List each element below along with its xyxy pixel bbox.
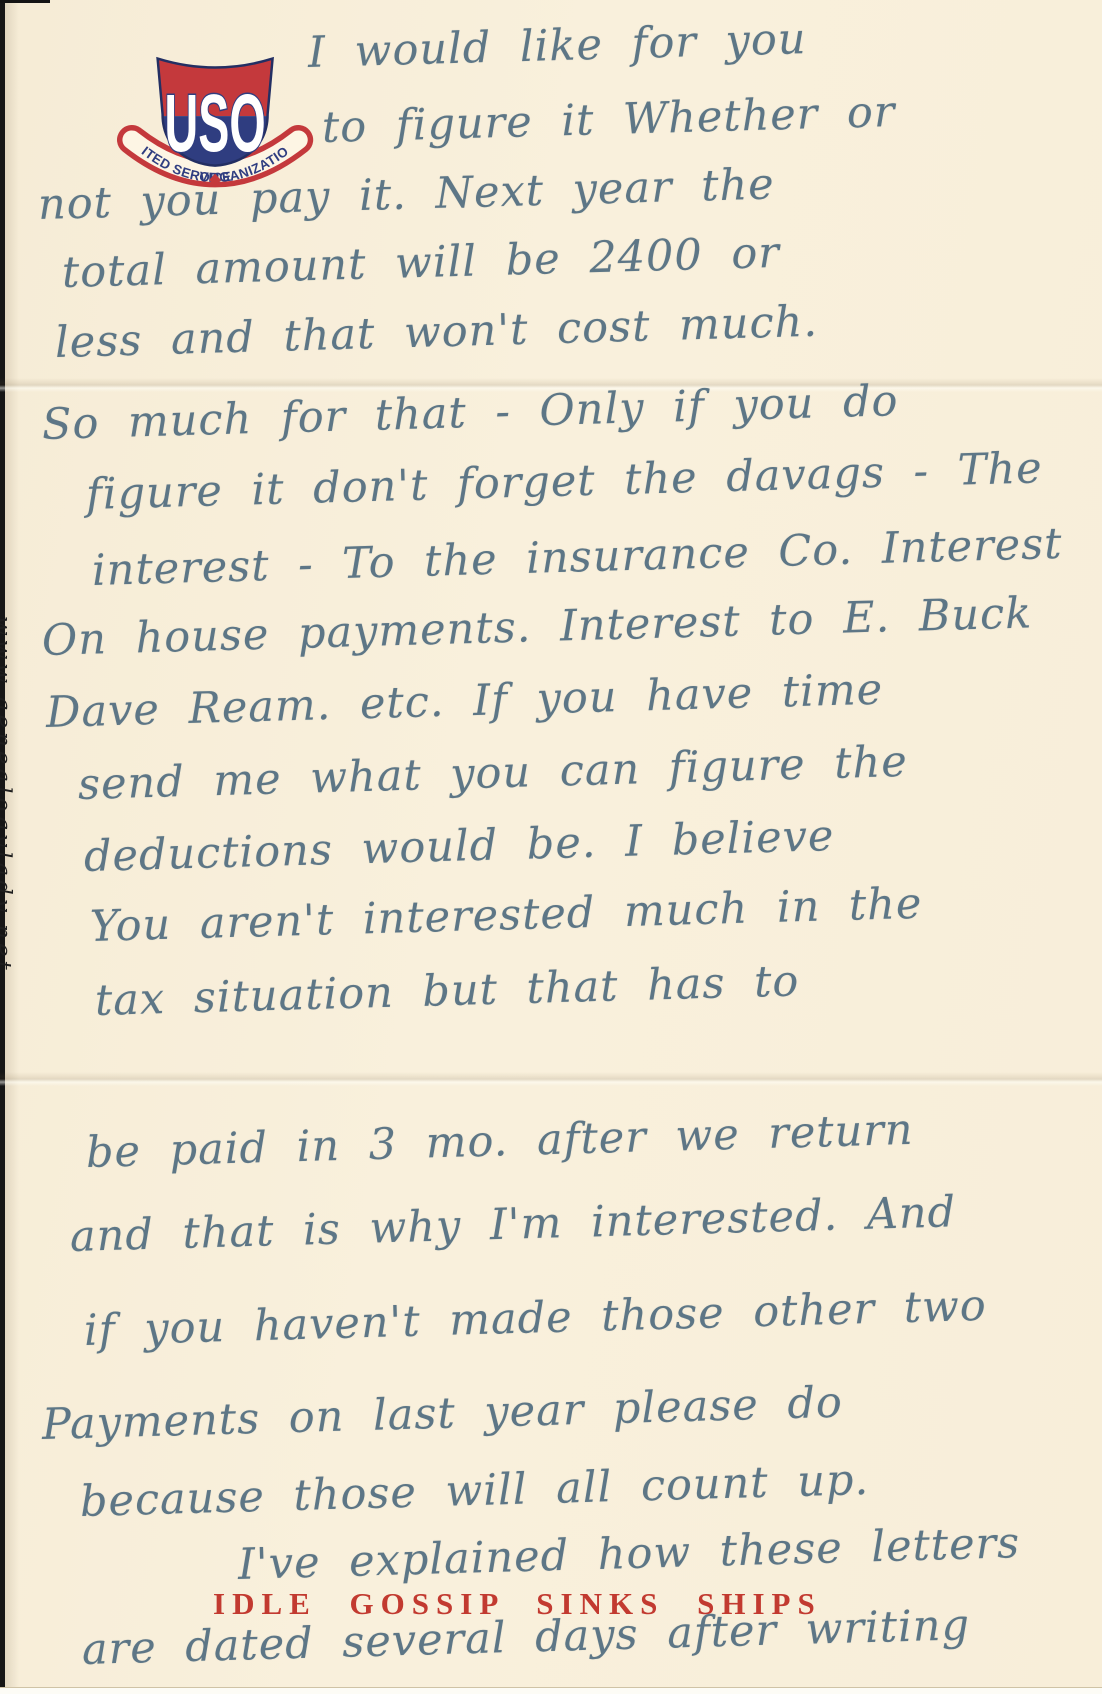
handwritten-line: On house payments. Interest to E. Buck xyxy=(41,588,1033,666)
handwritten-line: I would like for you xyxy=(307,14,807,78)
fold-crease-bottom xyxy=(0,1072,1102,1086)
slogan-text: IDLE GOSSIP SINKS SHIPS xyxy=(213,1586,822,1622)
handwritten-line: less and that won't cost much. xyxy=(54,297,818,368)
handwritten-line: interest - To the insurance Co. Interest xyxy=(91,519,1063,596)
handwritten-line: because those will all count up. xyxy=(79,1455,869,1527)
handwritten-line: if you haven't made those other two xyxy=(83,1281,987,1356)
handwritten-line: total amount will be 2400 or xyxy=(61,228,780,298)
handwritten-line: Dave Ream. etc. If you have time xyxy=(45,665,883,738)
handwritten-line: I've explained how these letters xyxy=(237,1518,1020,1590)
handwritten-line: send me what you can figure the xyxy=(77,737,908,810)
handwritten-line: You aren't interested much in the xyxy=(89,879,923,952)
uso-acronym: USO xyxy=(165,78,266,169)
handwritten-line: be paid in 3 mo. after we return xyxy=(85,1105,914,1178)
handwritten-line: figure it don't forget the davags - The xyxy=(85,443,1043,520)
handwritten-line: to figure it Whether or xyxy=(321,87,896,153)
watermark: www.genealogylady.net xyxy=(0,616,15,974)
handwritten-line: deductions would be. I believe xyxy=(83,811,835,882)
handwritten-line: Payments on last year please do xyxy=(41,1378,843,1450)
handwritten-line: So much for that - Only if you do xyxy=(41,376,899,450)
handwritten-line: and that is why I'm interested. And xyxy=(69,1187,956,1262)
letter-page: USO UNITED SERVICE ORGANIZATIONS www.gen… xyxy=(0,0,1102,1694)
scan-edge-bottom xyxy=(0,1687,1102,1694)
handwritten-line: tax situation but that has to xyxy=(94,956,800,1026)
scan-edge-top xyxy=(0,0,50,3)
